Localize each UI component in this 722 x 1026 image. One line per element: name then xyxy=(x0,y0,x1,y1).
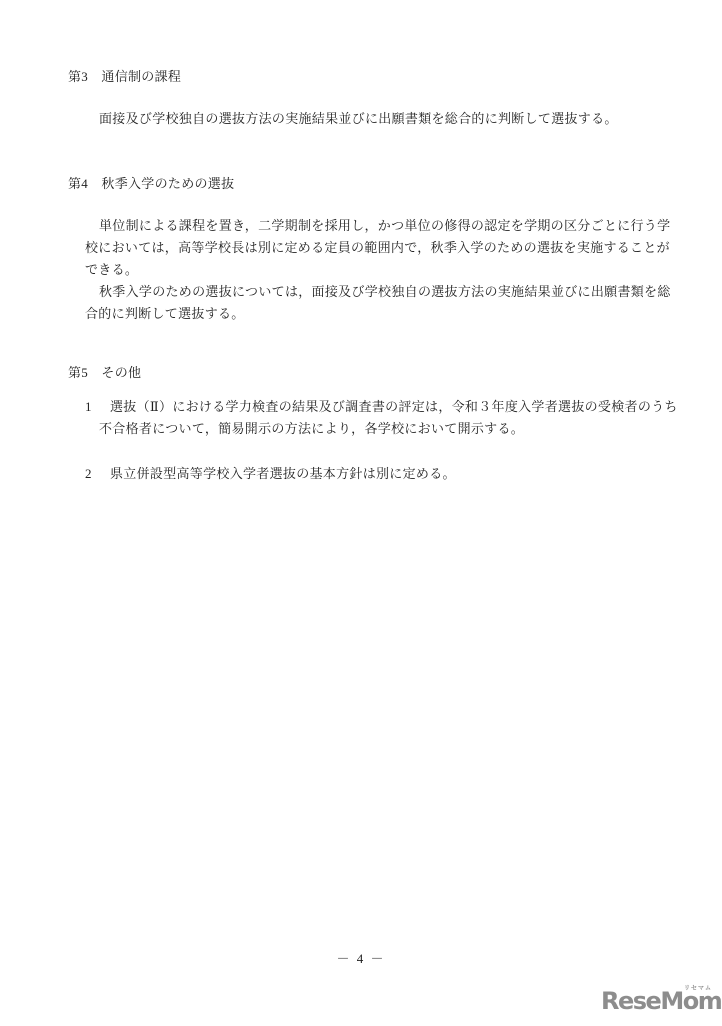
list-item-number: 2 xyxy=(85,463,110,485)
document-page: 第3 通信制の課程 面接及び学校独自の選抜方法の実施結果並びに出願書類を総合的に… xyxy=(0,0,722,1026)
resemom-logo: リセマム ReseMom. xyxy=(601,983,716,1019)
paragraph-line: 単位制による課程を置き，二学期制を採用し，かつ単位の修得の認定を学期の区分ごとに… xyxy=(85,215,671,237)
section-4-body: 単位制による課程を置き，二学期制を採用し，かつ単位の修得の認定を学期の区分ごとに… xyxy=(85,215,671,325)
section-heading-4: 第4 秋季入学のための選抜 xyxy=(68,173,234,195)
paragraph-line: 面接及び学校独自の選抜方法の実施結果並びに出願書類を総合的に判断して選抜する。 xyxy=(85,108,618,130)
paragraph-line: 1選抜（Ⅱ）における学力検査の結果及び調査書の評定は，令和３年度入学者選抜の受検… xyxy=(85,396,678,418)
page-number: － 4 － xyxy=(0,948,722,970)
list-item-text: 県立併設型高等学校入学者選抜の基本方針は別に定める。 xyxy=(110,466,456,481)
paragraph-line: 校においては，高等学校長は別に定める定員の範囲内で，秋季入学のための選抜を実施す… xyxy=(85,237,671,259)
paragraph-line: 不合格者について，簡易開示の方法により，各学校において開示する。 xyxy=(85,418,678,440)
logo-wordmark: ReseMom. xyxy=(601,987,722,1015)
list-item-2: 2県立併設型高等学校入学者選抜の基本方針は別に定める。 xyxy=(85,463,456,485)
paragraph-line: 2県立併設型高等学校入学者選抜の基本方針は別に定める。 xyxy=(85,463,456,485)
section-3-body: 面接及び学校独自の選抜方法の実施結果並びに出願書類を総合的に判断して選抜する。 xyxy=(85,108,618,130)
paragraph-line: 秋季入学のための選抜については，面接及び学校独自の選抜方法の実施結果並びに出願書… xyxy=(85,281,671,303)
section-heading-3: 第3 通信制の課程 xyxy=(68,66,181,88)
section-heading-5: 第5 その他 xyxy=(68,362,141,384)
list-item-number: 1 xyxy=(85,396,110,418)
list-item-text: 選抜（Ⅱ）における学力検査の結果及び調査書の評定は，令和３年度入学者選抜の受検者… xyxy=(110,399,678,414)
list-item-1: 1選抜（Ⅱ）における学力検査の結果及び調査書の評定は，令和３年度入学者選抜の受検… xyxy=(85,396,678,440)
paragraph-line: できる。 xyxy=(85,259,671,281)
paragraph-line: 合的に判断して選抜する。 xyxy=(85,303,671,325)
